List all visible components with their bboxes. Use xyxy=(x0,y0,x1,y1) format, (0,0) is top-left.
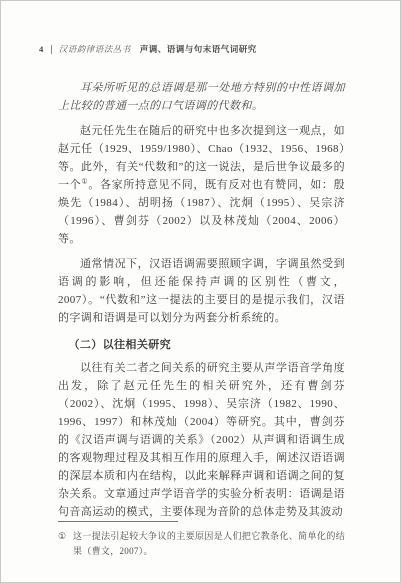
paragraph-tone-intonation: 通常情况下，汉语语调需要照顾字调，字调虽然受到语调的影响，但还能保持声调的区别性… xyxy=(58,255,345,327)
quote-paragraph: 耳朵所听见的总语调是那一处地方特别的中性语调加上比较的普通一点的口气语调的代数和… xyxy=(58,79,345,115)
page-number: 4 xyxy=(39,44,44,54)
footnote-text: 这一提法引起较大争议的主要原因是人们把它教条化、简单化的结果（曹文，2007）。 xyxy=(73,531,345,556)
book-title: 声调、语调与句末语气词研究 xyxy=(140,43,257,55)
page-header: 4 汉语韵律语法丛书 声调、语调与句末语气词研究 xyxy=(39,43,345,55)
footnote-separator xyxy=(58,521,178,522)
paragraph-prior-research: 以往有关二者之间关系的研究主要从声学语音学角度出发，除了赵元任先生的相关研究外，… xyxy=(58,359,345,521)
footnote-area: ① 这一提法引起较大争议的主要原因是人们把它教条化、简单化的结果（曹文，2007… xyxy=(58,521,345,559)
paragraph-history: 赵元任先生在随后的研究中也多次提到这一观点，如赵元任（1929、1959/198… xyxy=(58,122,345,248)
page-content: 耳朵所听见的总语调是那一处地方特别的中性语调加上比较的普通一点的口气语调的代数和… xyxy=(58,79,345,521)
footnote: ① 这一提法引起较大争议的主要原因是人们把它教条化、简单化的结果（曹文，2007… xyxy=(58,529,345,559)
book-page: 4 汉语韵律语法丛书 声调、语调与句末语气词研究 耳朵所听见的总语调是那一处地方… xyxy=(0,0,401,583)
footnote-marker: ① xyxy=(58,529,66,544)
series-title: 汉语韵律语法丛书 xyxy=(59,43,131,55)
header-divider xyxy=(51,45,52,54)
section-heading: （二）以往相关研究 xyxy=(68,336,345,352)
paragraph-history-text-after: 。各家所持意见不同，既有反对也有赞同，如：殷焕先（1984）、胡明扬（1987）… xyxy=(58,179,345,245)
